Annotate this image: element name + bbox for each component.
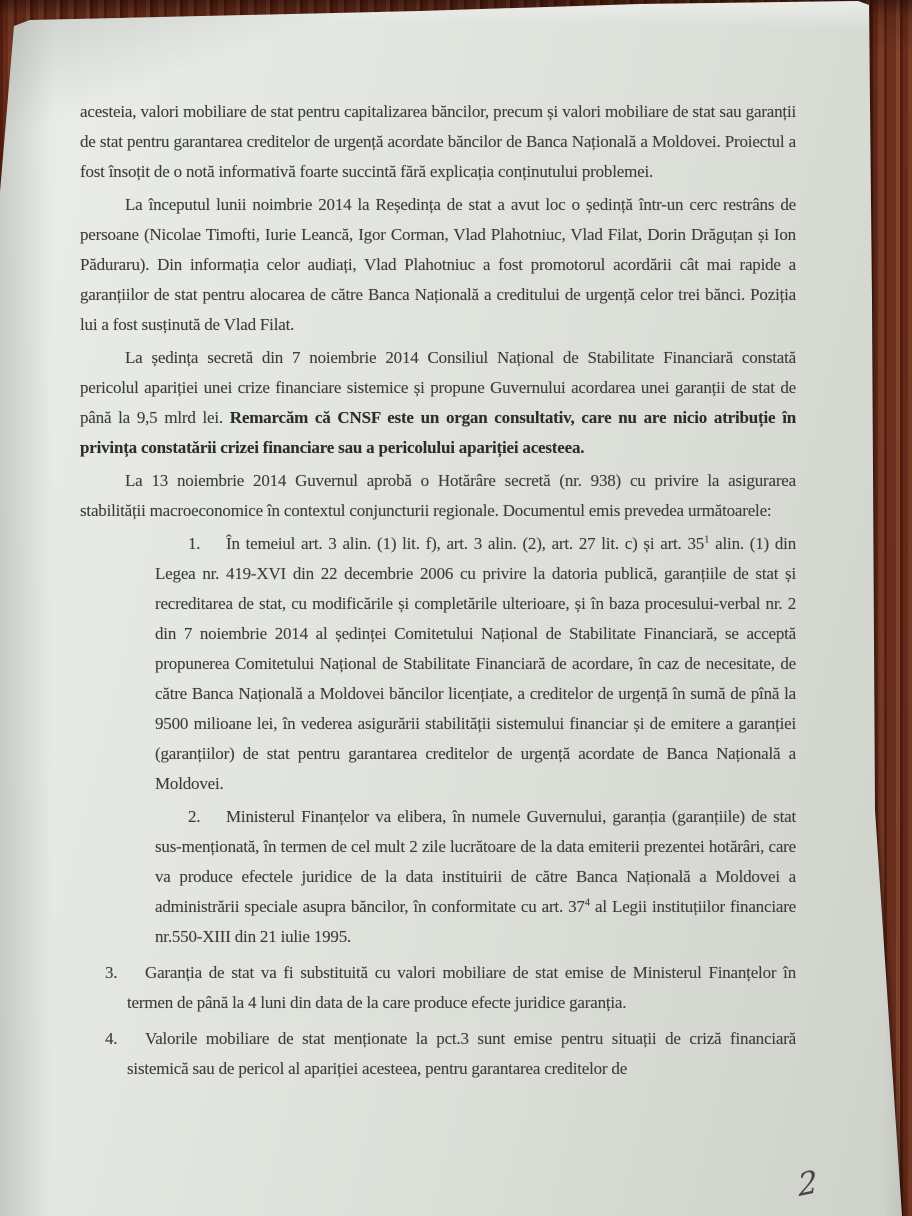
desk-background: acesteia, valori mobiliare de stat pentr…: [0, 0, 912, 1216]
list-item-4: 4.Valorile mobiliare de stat menționate …: [127, 1024, 796, 1084]
list-item-1-number: 1.: [188, 529, 226, 559]
list-item-1-text: În temeiul art. 3 alin. (1) lit. f), art…: [226, 534, 704, 553]
document-page: acesteia, valori mobiliare de stat pentr…: [0, 0, 912, 1216]
paper-shadow-wrapper: acesteia, valori mobiliare de stat pentr…: [0, 0, 912, 1216]
document-text-block: acesteia, valori mobiliare de stat pentr…: [80, 97, 796, 1087]
list-item-4-text: Valorile mobiliare de stat menționate la…: [127, 1029, 796, 1078]
list-item-1-text-after: alin. (1) din Legea nr. 419-XVI din 22 d…: [155, 534, 796, 793]
list-item-1: 1.În temeiul art. 3 alin. (1) lit. f), a…: [155, 529, 796, 799]
list-item-2: 2.Ministerul Finanțelor va elibera, în n…: [155, 802, 796, 952]
paragraph-november-meeting: La începutul lunii noimbrie 2014 la Reșe…: [80, 190, 796, 340]
list-item-4-number: 4.: [105, 1024, 145, 1054]
paragraph-continuation: acesteia, valori mobiliare de stat pentr…: [80, 97, 796, 187]
list-item-3: 3.Garanția de stat va fi substituită cu …: [127, 958, 796, 1018]
list-item-2-number: 2.: [188, 802, 226, 832]
list-item-3-text: Garanția de stat va fi substituită cu va…: [127, 963, 796, 1012]
handwritten-page-number: 2: [797, 1164, 819, 1204]
paragraph-cnsf-decision: La ședința secretă din 7 noiembrie 2014 …: [80, 343, 796, 463]
paragraph-government-decision: La 13 noiembrie 2014 Guvernul aprobă o H…: [80, 466, 796, 526]
list-item-3-number: 3.: [105, 958, 145, 988]
